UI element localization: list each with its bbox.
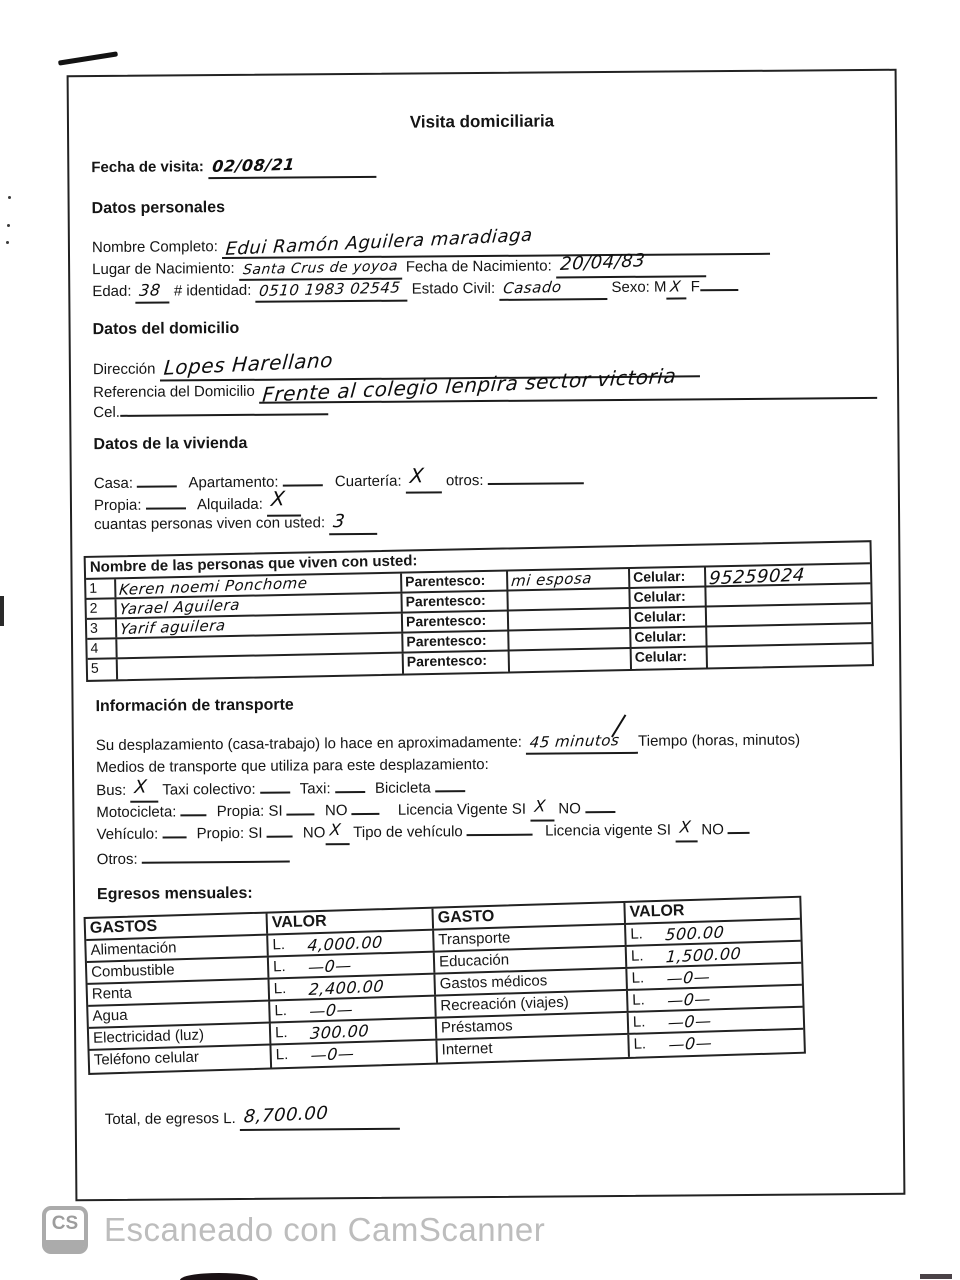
tiempo-label: Tiempo (horas, minutos): [638, 732, 800, 750]
veh-no-field: [728, 820, 750, 834]
moto-licencia-no-label: NO: [558, 800, 581, 817]
vehiculo-no-label: NO: [303, 824, 326, 841]
vehiculo-field: [162, 824, 186, 838]
vehiculo-no-field: X: [325, 822, 349, 845]
referencia-line: Referencia del Domicilio Frente al coleg…: [93, 374, 877, 405]
celular-value: 95259024: [704, 564, 870, 585]
parentesco-value: [508, 649, 630, 671]
celular-label: Celular:: [629, 628, 705, 648]
gasto-valor: L.—0—: [268, 997, 435, 1022]
propia-label: Propia:: [94, 497, 142, 514]
otros-vivienda-field: [488, 470, 584, 485]
gasto-valor: L.—0—: [627, 1008, 806, 1033]
veh-licencia-label: Licencia vigente SI: [545, 822, 671, 840]
camscanner-watermark: CS Escaneado con CamScanner: [42, 1206, 545, 1254]
celular-label: Celular:: [628, 588, 704, 608]
persona-num: 1: [86, 579, 114, 598]
gasto-label: Internet: [435, 1035, 628, 1063]
edad-line: Edad: 38 # identidad: 0510 1983 02545 Es…: [92, 276, 738, 304]
total-field: 8,700.00: [240, 1107, 400, 1131]
parentesco-label: Parentesco:: [400, 591, 506, 611]
vehiculo-line: Vehículo: Propio: SI NOX Tipo de vehícul…: [96, 819, 750, 847]
datos-personales-heading: Datos personales: [92, 198, 226, 219]
total-label: Total, de egresos L.: [105, 1110, 236, 1128]
pen-mark-top-left: [58, 51, 118, 65]
scan-speck: [7, 224, 10, 227]
desplazamiento-label: Su desplazamiento (casa-trabajo) lo hace…: [96, 734, 522, 754]
vehiculo-propio-si-field: [267, 824, 293, 838]
apartamento-label: Apartamento:: [188, 474, 278, 492]
gasto-label: Renta: [88, 980, 269, 1005]
moto-licencia-no-field: [585, 799, 615, 813]
sexo-label: Sexo: M: [611, 279, 666, 296]
tipo-vehiculo-field: [467, 822, 533, 837]
cuantas-label: cuantas personas viven con usted:: [94, 514, 325, 533]
parentesco-value: mi esposa: [506, 569, 628, 589]
moto-licencia-si-field: X: [530, 798, 554, 821]
valor-header: VALOR: [266, 909, 433, 934]
scan-edge-mark: [0, 596, 4, 626]
pen-mark-bottom-right: [920, 1274, 952, 1279]
bus-label: Bus:: [96, 782, 126, 799]
fecha-nacimiento-label: Fecha de Nacimiento:: [406, 257, 552, 275]
celular-value: [705, 604, 871, 625]
scan-speck: [8, 196, 11, 199]
referencia-field: Frente al colegio lenpira sector victori…: [259, 374, 877, 404]
gasto-label: Alimentación: [86, 936, 267, 961]
datos-vivienda-heading: Datos de la vivienda: [93, 434, 247, 455]
parentesco-value: [507, 629, 629, 649]
gasto-valor: L.500.00: [624, 920, 803, 945]
sexo-f-field: [700, 277, 738, 291]
bicicleta-field: [435, 778, 465, 792]
veh-no-label: NO: [701, 821, 724, 838]
sexo-f-label: F: [691, 278, 700, 295]
parentesco-value: [506, 589, 628, 609]
motocicleta-field: [181, 802, 207, 816]
taxi-field: [335, 779, 365, 793]
vehiculo-propio-label: Propio: SI: [197, 825, 263, 843]
gasto-valor: L.—0—: [267, 953, 434, 978]
motocicleta-label: Motocicleta:: [96, 803, 176, 821]
moto-propia-si-field: [287, 801, 315, 815]
direccion-label: Dirección: [93, 361, 156, 378]
datos-domicilio-heading: Datos del domicilio: [93, 319, 240, 340]
celular-label: Celular:: [630, 648, 706, 670]
celular-value: [706, 644, 872, 667]
desplazamiento-line: Su desplazamiento (casa-trabajo) lo hace…: [96, 730, 800, 759]
identidad-label: # identidad:: [174, 282, 252, 300]
cuarteria-field: X: [406, 468, 442, 493]
camscanner-logo-bar: [46, 1240, 84, 1250]
gasto-label: Agua: [88, 1002, 269, 1027]
parentesco-label: Parentesco:: [402, 651, 508, 673]
estado-civil-field: Casado: [499, 277, 607, 301]
referencia-label: Referencia del Domicilio: [93, 383, 255, 401]
casa-field: [137, 473, 177, 487]
egresos-table: GASTOS VALOR GASTO VALOR Alimentación L.…: [84, 896, 806, 1075]
scanned-document: Visita domiciliaria Fecha de visita: 02/…: [0, 0, 960, 1280]
propia-field: [146, 495, 186, 509]
otros-field: [142, 849, 290, 864]
personas-table: Nombre de las personas que viven con ust…: [84, 540, 874, 682]
cel-line: Cel.: [93, 401, 328, 423]
lugar-nacimiento-label: Lugar de Nacimiento:: [92, 260, 235, 278]
moto-licencia-label: Licencia Vigente SI: [398, 801, 526, 819]
fecha-nacimiento-field: 20/04/83: [556, 254, 706, 278]
gasto-valor: L.1,500.00: [625, 942, 804, 967]
celular-value: [704, 584, 870, 605]
gasto-valor: L.2,400.00: [268, 975, 435, 1000]
alquilada-label: Alquilada:: [197, 496, 263, 514]
fecha-visita-label: Fecha de visita:: [91, 158, 204, 176]
parentesco-label: Parentesco:: [401, 631, 507, 651]
sexo-m-field: X: [666, 276, 686, 299]
gasto-valor: L.300.00: [269, 1019, 436, 1044]
cel-field: [120, 401, 328, 417]
tipo-vehiculo-label: Tipo de vehículo: [353, 823, 463, 841]
taxi-colectivo-label: Taxi colectivo:: [162, 781, 256, 799]
bus-field: X: [130, 780, 158, 803]
form-page: Visita domiciliaria Fecha de visita: 02/…: [67, 69, 906, 1201]
moto-no-label: NO: [325, 802, 348, 819]
otros-vivienda-label: otros:: [446, 472, 484, 489]
taxi-label: Taxi:: [300, 780, 331, 797]
gasto-valor: L.—0—: [627, 1030, 806, 1057]
edad-field: 38: [136, 280, 170, 303]
gasto-valor: L.—0—: [625, 964, 804, 989]
persona-num: 5: [88, 659, 116, 680]
camscanner-logo-icon: CS: [42, 1206, 88, 1254]
persona-num: 2: [87, 599, 115, 618]
apartamento-field: [283, 472, 323, 486]
persona-num: 3: [87, 619, 115, 638]
pen-mark-bottom: [180, 1273, 258, 1280]
estado-civil-label: Estado Civil:: [412, 280, 496, 298]
otros-label: Otros:: [97, 851, 138, 868]
gastos-header: GASTOS: [86, 914, 267, 939]
gasto-label: Electricidad (luz): [89, 1024, 270, 1049]
vehiculo-label: Vehículo:: [96, 826, 158, 843]
persona-num: 4: [87, 639, 115, 658]
edad-label: Edad:: [92, 283, 131, 300]
identidad-field: 0510 1983 02545: [256, 279, 408, 303]
gasto-valor: L.—0—: [269, 1041, 436, 1068]
cuantas-field: 3: [329, 512, 377, 535]
desplazamiento-field: 45 minutos: [526, 731, 638, 755]
nombre-label: Nombre Completo:: [92, 238, 218, 256]
celular-label: Celular:: [628, 568, 704, 588]
bicicleta-label: Bicicleta: [375, 779, 431, 796]
parentesco-label: Parentesco:: [401, 611, 507, 631]
celular-value: [705, 624, 871, 645]
fecha-visita-line: Fecha de visita: 02/08/21: [91, 155, 376, 180]
cuarteria-label: Cuartería:: [335, 473, 402, 491]
camscanner-watermark-text: Escaneado con CamScanner: [104, 1211, 545, 1249]
transporte-heading: Información de transporte: [95, 696, 293, 718]
form-title: Visita domiciliaria: [69, 109, 895, 135]
gasto-label: Teléfono celular: [90, 1046, 271, 1073]
celular-label: Celular:: [629, 608, 705, 628]
valor-header: VALOR: [623, 898, 802, 923]
gasto-label: Combustible: [87, 958, 268, 983]
cel-label: Cel.: [93, 404, 120, 421]
cuantas-line: cuantas personas viven con usted: 3: [94, 512, 377, 537]
fecha-visita-field: 02/08/21: [208, 155, 376, 179]
parentesco-label: Parentesco:: [400, 572, 506, 592]
total-line: Total, de egresos L. 8,700.00: [105, 1107, 400, 1132]
moto-no-field: [352, 801, 380, 815]
medios-line: Medios de transporte que utiliza para es…: [96, 755, 489, 778]
scan-speck: [6, 241, 9, 244]
taxi-colectivo-field: [260, 780, 290, 794]
gasto-valor: L.—0—: [626, 986, 805, 1011]
egresos-heading: Egresos mensuales:: [97, 884, 253, 905]
casa-label: Casa:: [94, 475, 133, 492]
otros-line: Otros:: [97, 849, 290, 871]
moto-propia-label: Propia: SI: [217, 803, 283, 821]
parentesco-value: [507, 609, 629, 629]
gasto-valor: L.4,000.00: [266, 931, 433, 956]
veh-licencia-si-field: X: [675, 819, 697, 842]
